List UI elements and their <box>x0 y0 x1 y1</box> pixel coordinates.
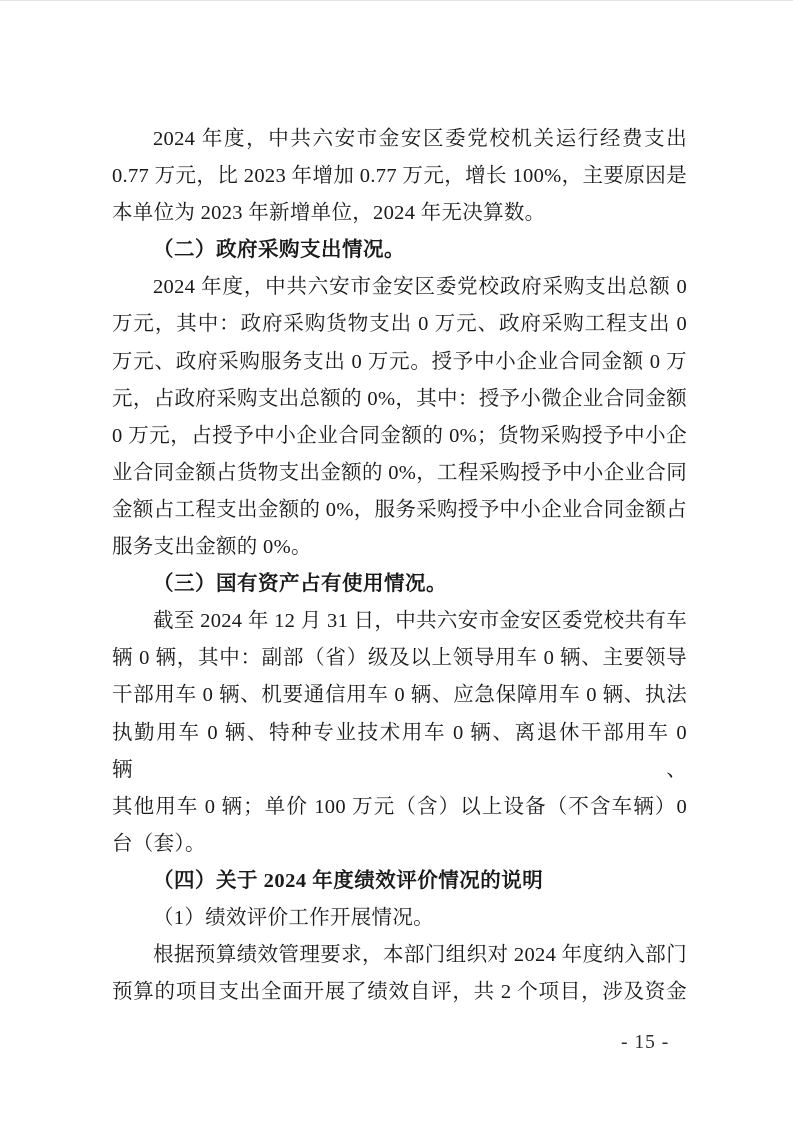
document-text-block: 2024 年度，中共六安市金安区委党校机关运行经费支出 0.77 万元，比 20… <box>112 121 687 1011</box>
document-line: 金额占工程支出金额的 0%，服务采购授予中小企业合同金额占 <box>112 492 687 529</box>
sub-item-line: （1）绩效评价工作开展情况。 <box>112 900 687 937</box>
document-line: 根据预算绩效管理要求，本部门组织对 2024 年度纳入部门 <box>112 937 687 974</box>
document-line: 台（套）。 <box>112 826 687 863</box>
document-line: 其他用车 0 辆；单价 100 万元（含）以上设备（不含车辆）0 <box>112 789 687 826</box>
document-line: 2024 年度，中共六安市金安区委党校政府采购支出总额 0 <box>112 269 687 306</box>
document-line: 截至 2024 年 12 月 31 日，中共六安市金安区委党校共有车 <box>112 603 687 640</box>
document-line: 0 万元，占授予中小企业合同金额的 0%；货物采购授予中小企 <box>112 418 687 455</box>
document-line: 0.77 万元，比 2023 年增加 0.77 万元，增长 100%，主要原因是 <box>112 158 687 195</box>
document-line: 元，占政府采购支出总额的 0%，其中：授予小微企业合同金额 <box>112 381 687 418</box>
page-number: - 15 - <box>621 1032 691 1054</box>
document-line: 预算的项目支出全面开展了绩效自评，共 2 个项目，涉及资金 <box>112 974 687 1011</box>
document-line: 服务支出金额的 0%。 <box>112 529 687 566</box>
document-page: 2024 年度，中共六安市金安区委党校机关运行经费支出 0.77 万元，比 20… <box>0 0 793 1122</box>
document-line: 业合同金额占货物支出金额的 0%，工程采购授予中小企业合同 <box>112 455 687 492</box>
document-line: 执勤用车 0 辆、特种专业技术用车 0 辆、离退休干部用车 0 辆、 <box>112 715 687 789</box>
document-line: 万元，其中：政府采购货物支出 0 万元、政府采购工程支出 0 <box>112 306 687 343</box>
document-line: 本单位为 2023 年新增单位，2024 年无决算数。 <box>112 195 687 232</box>
document-line: 干部用车 0 辆、机要通信用车 0 辆、应急保障用车 0 辆、执法 <box>112 677 687 714</box>
document-line: 万元、政府采购服务支出 0 万元。授予中小企业合同金额 0 万 <box>112 344 687 381</box>
document-line: 辆 0 辆，其中：副部（省）级及以上领导用车 0 辆、主要领导 <box>112 640 687 677</box>
section-heading-performance-evaluation: （四）关于 2024 年度绩效评价情况的说明 <box>112 863 687 900</box>
section-heading-state-assets: （三）国有资产占有使用情况。 <box>112 566 687 603</box>
document-line: 2024 年度，中共六安市金安区委党校机关运行经费支出 <box>112 121 687 158</box>
section-heading-procurement: （二）政府采购支出情况。 <box>112 232 687 269</box>
